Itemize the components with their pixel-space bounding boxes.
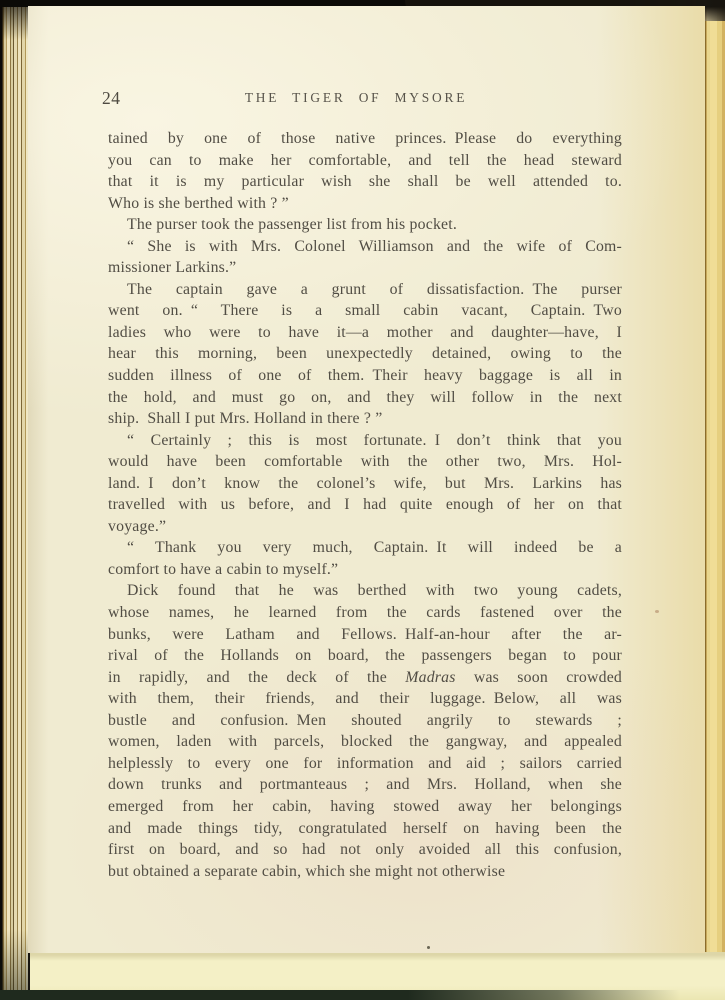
- text-line: would have been comfortable with the oth…: [108, 451, 622, 473]
- signature-dot-mark: [427, 946, 430, 949]
- text-line: rival of the Hollands on board, the pass…: [108, 645, 622, 667]
- text-line: helplessly to every one for information …: [108, 753, 622, 775]
- text-line: women, laden with parcels, blocked the g…: [108, 731, 622, 753]
- text-line: whose names, he learned from the cards f…: [108, 602, 622, 624]
- text-line: land. I don’t know the colonel’s wife, b…: [108, 473, 622, 495]
- running-title: THE TIGER OF MYSORE: [99, 90, 613, 106]
- text-line: missioner Larkins.”: [108, 257, 622, 279]
- page-stain-speck: [655, 610, 659, 613]
- text-line: first on board, and so had not only avoi…: [108, 839, 622, 861]
- text-line: The purser took the passenger list from …: [108, 214, 622, 236]
- text-line: bustle and confusion. Men shouted angril…: [108, 710, 622, 732]
- text-line: The captain gave a grunt of dissatisfact…: [108, 279, 622, 301]
- book-gutter-page-edges: [0, 0, 28, 1000]
- text-line: bunks, were Latham and Fellows. Half-an-…: [108, 624, 622, 646]
- text-line: voyage.”: [108, 516, 622, 538]
- book-bottom-cover-edge: [0, 990, 680, 1000]
- text-line: ship. Shall I put Mrs. Holland in there …: [108, 408, 622, 430]
- text-line: comfort to have a cabin to myself.”: [108, 559, 622, 581]
- text-line: you can to make her comfortable, and tel…: [108, 150, 622, 172]
- text-line: “ She is with Mrs. Colonel Williamson an…: [108, 236, 622, 258]
- text-line: Dick found that he was berthed with two …: [108, 580, 622, 602]
- page-header: 24 THE TIGER OF MYSORE: [108, 88, 622, 110]
- text-line: that it is my particular wish she shall …: [108, 171, 622, 193]
- text-line: in rapidly, and the deck of the Madras w…: [108, 667, 622, 689]
- text-line: and made things tidy, congratulated hers…: [108, 818, 622, 840]
- text-line: “ Thank you very much, Captain. It will …: [108, 537, 622, 559]
- text-line: ladies who were to have it—a mother and …: [108, 322, 622, 344]
- text-line: hear this morning, been unexpectedly det…: [108, 343, 622, 365]
- text-line: the hold, and must go on, and they will …: [108, 387, 622, 409]
- text-line: tained by one of those native princes. P…: [108, 128, 622, 150]
- book-photo: 24 THE TIGER OF MYSORE tained by one of …: [0, 0, 725, 1000]
- text-line: down trunks and portmanteaus ; and Mrs. …: [108, 774, 622, 796]
- book-page: 24 THE TIGER OF MYSORE tained by one of …: [28, 6, 705, 953]
- text-line: emerged from her cabin, having stowed aw…: [108, 796, 622, 818]
- text-line: but obtained a separate cabin, which she…: [108, 861, 622, 883]
- text-line: Who is she berthed with ? ”: [108, 193, 622, 215]
- text-line: went on. “ There is a small cabin vacant…: [108, 300, 622, 322]
- body-text: tained by one of those native princes. P…: [108, 128, 622, 882]
- text-line: with them, their friends, and their lugg…: [108, 688, 622, 710]
- text-line: travelled with us before, and I had quit…: [108, 494, 622, 516]
- text-line: sudden illness of one of them. Their hea…: [108, 365, 622, 387]
- text-line: “ Certainly ; this is most fortunate. I …: [108, 430, 622, 452]
- book-fore-edge: [704, 0, 725, 1000]
